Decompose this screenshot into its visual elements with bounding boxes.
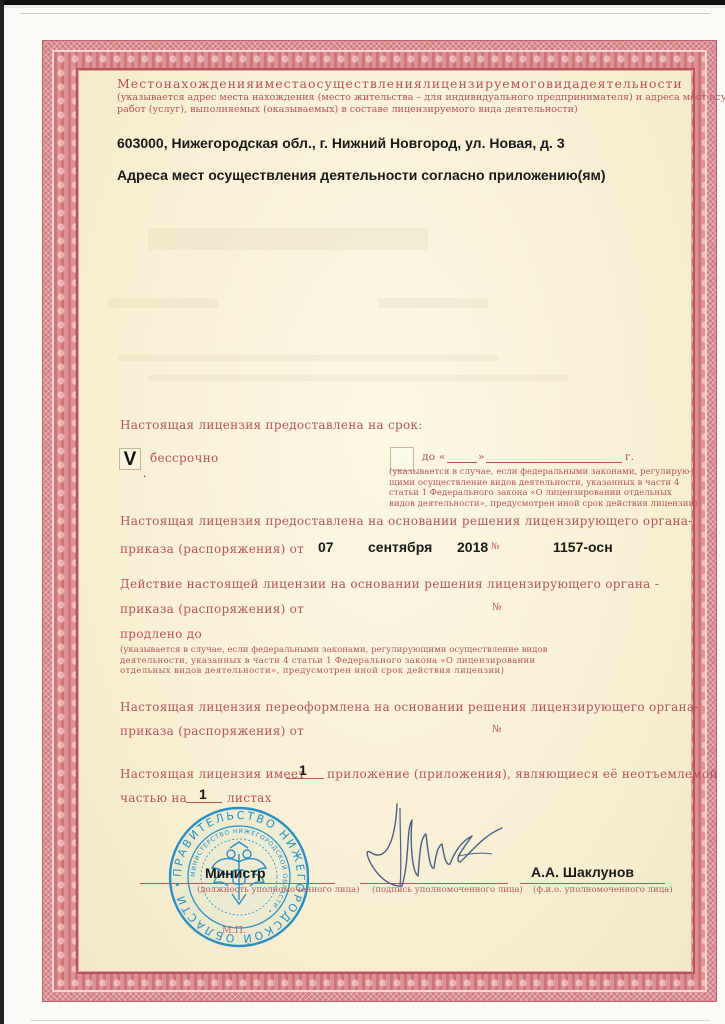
basis-number-sign: № — [491, 542, 500, 552]
heading-word: осуществления — [308, 76, 423, 91]
scan-rule — [20, 13, 710, 14]
extended-until-label: продлено до — [120, 627, 202, 641]
ink-dot: · — [143, 472, 146, 483]
bleed-through-mark — [118, 355, 498, 361]
heading-word: Место — [117, 76, 164, 91]
until-quote-close: » — [478, 451, 485, 463]
reissue-order-label: приказа (распоряжения) от — [120, 724, 304, 738]
until-month-year-line — [486, 462, 622, 463]
heading-word: деятельности — [581, 76, 683, 91]
sheet-count-line — [186, 802, 222, 803]
scan-edge-top — [0, 0, 725, 8]
heading-word: вида — [546, 76, 581, 91]
sheets-prefix: частью на — [120, 791, 187, 805]
until-day-line — [447, 462, 477, 463]
signatory-name: А.А. Шаклунов — [531, 864, 634, 880]
reissue-number-sign: № — [492, 724, 502, 735]
position-value: Министр — [205, 865, 266, 881]
appendix-prefix: Настоящая лицензия имеет — [120, 767, 305, 781]
term-note-line-4: видов деятельности», предусмотрен иной с… — [389, 499, 698, 509]
extension-note-line-1: (указывается в случае, если федеральными… — [120, 645, 547, 655]
appendix-count-line — [286, 778, 324, 779]
until-prefix: до « — [422, 451, 446, 463]
term-note-line-2: щими осуществление видов деятельности, у… — [389, 478, 679, 488]
heading-word: места — [265, 76, 309, 91]
extension-label: Действие настоящей лицензии на основании… — [120, 577, 659, 591]
extension-number-sign: № — [492, 602, 502, 613]
basis-number-value: 1157-осн — [553, 539, 613, 555]
check-mark-icon: V — [124, 450, 137, 469]
term-note-line-1: (указывается в случае, если федеральными… — [389, 467, 692, 477]
location-heading: Место нахождения и места осуществления л… — [117, 76, 672, 91]
location-heading-note-1: (указывается адрес места нахождения (мес… — [117, 92, 725, 104]
bleed-through-mark — [148, 375, 568, 381]
basis-label: Настоящая лицензия предоставлена на осно… — [120, 514, 693, 528]
unlimited-checkbox[interactable]: V — [119, 448, 141, 470]
reissue-label: Настоящая лицензия переоформлена на осно… — [120, 700, 699, 714]
seal-label: М.П. — [222, 926, 246, 936]
extension-note-line-2: деятельности, указанных в части 4 статьи… — [120, 656, 535, 666]
heading-word: нахождения — [164, 76, 256, 91]
basis-order-label: приказа (распоряжения) от — [120, 542, 304, 556]
basis-day-value: 07 — [318, 539, 334, 555]
scan-edge-left — [0, 0, 4, 1024]
basis-month-value: сентября — [368, 539, 432, 555]
activity-addresses-value: Адреса мест осуществления деятельности с… — [117, 167, 606, 183]
term-note-line-3: статьи 1 Федерального закона «О лицензир… — [389, 488, 672, 498]
extension-order-label: приказа (распоряжения) от — [120, 602, 304, 616]
heading-word: лицензируемого — [423, 76, 546, 91]
handwritten-signature — [360, 798, 510, 888]
until-year-suffix: г. — [625, 451, 634, 463]
sheets-suffix: листах — [227, 791, 272, 805]
name-caption: (ф.и.о. уполномоченного лица) — [533, 885, 673, 895]
extension-note-line-3: отдельных видов деятельности», предусмот… — [120, 666, 504, 676]
signature-caption: (подпись уполномоченного лица) — [372, 885, 523, 895]
bleed-through-mark — [148, 228, 428, 250]
term-label: Настоящая лицензия предоставлена на срок… — [120, 418, 423, 432]
basis-year-value: 2018 — [457, 539, 488, 555]
appendix-middle-text: приложение (приложения), являющиеся её н… — [327, 767, 718, 781]
address-value: 603000, Нижегородская обл., г. Нижний Но… — [117, 135, 565, 151]
sheet-count-value: 1 — [199, 786, 207, 802]
name-line — [520, 883, 665, 884]
scan-rule-bottom — [30, 1020, 710, 1021]
bleed-through-mark — [378, 298, 488, 308]
unlimited-label: бессрочно — [150, 451, 219, 465]
appendix-count-value: 1 — [299, 762, 307, 778]
position-caption: (должность уполномоченного лица) — [197, 885, 359, 895]
bleed-through-mark — [108, 298, 218, 308]
heading-word: и — [255, 76, 264, 91]
location-heading-note-2: работ (услуг), выполняемых (оказываемых)… — [117, 104, 578, 116]
